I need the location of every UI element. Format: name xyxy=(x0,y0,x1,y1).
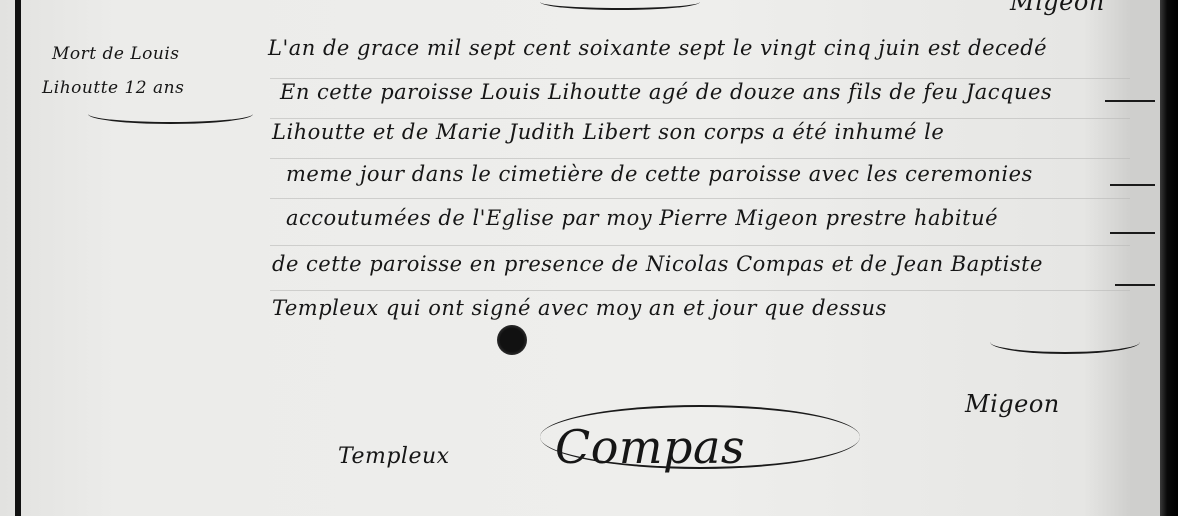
manuscript-page: Migeon Mort de Louis Lihoutte 12 ans L'a… xyxy=(0,0,1178,516)
ruled-line xyxy=(270,245,1130,246)
left-margin-rule xyxy=(15,0,21,516)
body-line-5: accoutumées de l'Eglise par moy Pierre M… xyxy=(286,206,998,230)
top-signature-migeon: Migeon xyxy=(1010,0,1105,16)
ink-blot xyxy=(497,325,527,355)
line-end-stroke xyxy=(1110,184,1155,186)
body-line-7: Templeux qui ont signé avec moy an et jo… xyxy=(272,296,887,320)
line-end-stroke xyxy=(1105,100,1155,102)
closing-flourish xyxy=(990,330,1140,354)
page-binding-edge xyxy=(1160,0,1178,516)
signature-migeon: Migeon xyxy=(965,390,1060,418)
body-line-1: L'an de grace mil sept cent soixante sep… xyxy=(268,36,1047,60)
margin-flourish xyxy=(88,104,253,124)
top-flourish xyxy=(540,0,700,10)
body-line-3: Lihoutte et de Marie Judith Libert son c… xyxy=(272,120,944,144)
line-end-stroke xyxy=(1110,232,1155,234)
ruled-line xyxy=(270,290,1130,291)
ruled-line xyxy=(270,158,1130,159)
line-end-stroke xyxy=(1115,284,1155,286)
body-line-2: En cette paroisse Louis Lihoutte agé de … xyxy=(280,80,1052,104)
compas-signature-flourish xyxy=(540,405,860,469)
body-line-6: de cette paroisse en presence de Nicolas… xyxy=(272,252,1043,276)
ruled-line xyxy=(270,118,1130,119)
ruled-line xyxy=(270,78,1130,79)
margin-note-line1: Mort de Louis xyxy=(52,44,179,64)
margin-note-line2: Lihoutte 12 ans xyxy=(42,78,184,98)
body-line-4: meme jour dans le cimetière de cette par… xyxy=(286,162,1033,186)
ruled-line xyxy=(270,198,1130,199)
signature-templeux: Templeux xyxy=(338,444,450,469)
